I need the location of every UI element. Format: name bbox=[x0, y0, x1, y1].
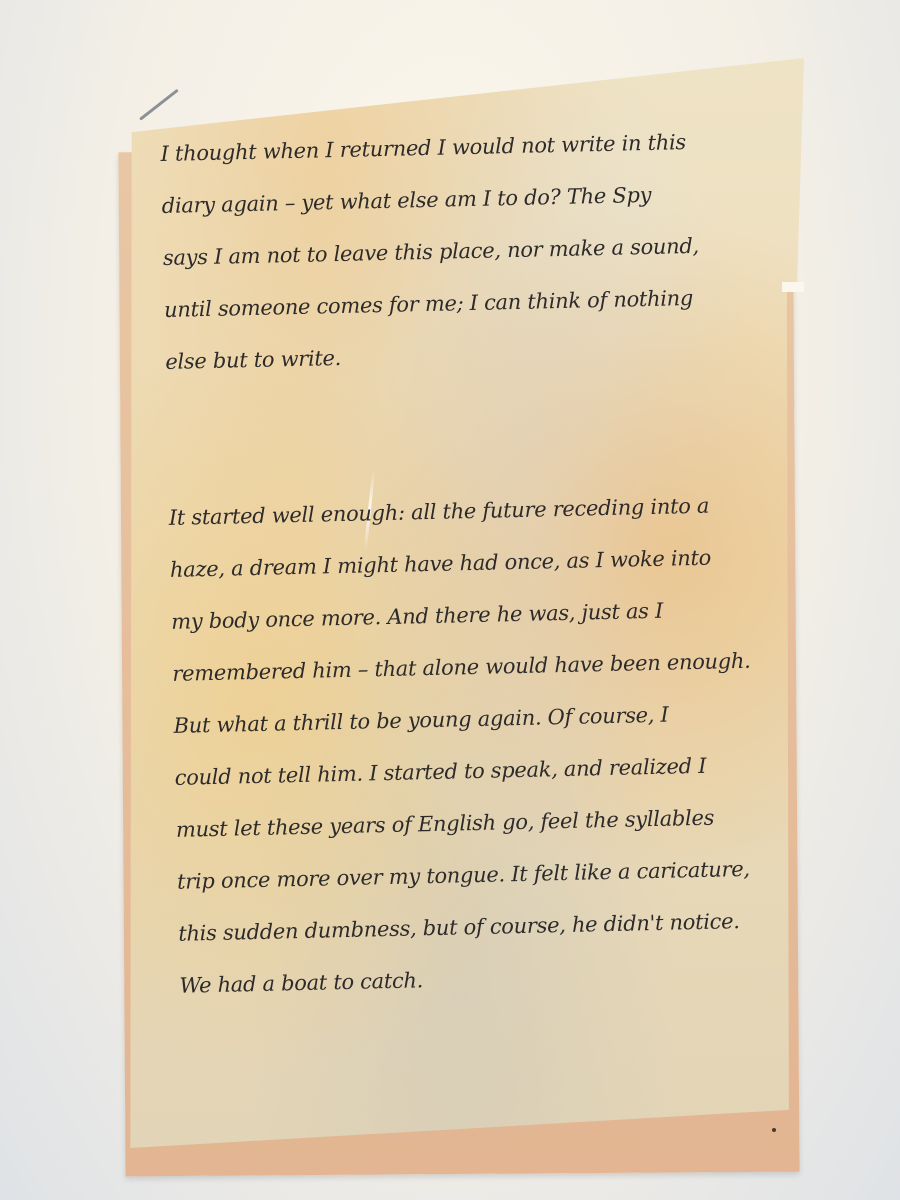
paragraph-1: I thought when I returned I would not wr… bbox=[160, 114, 786, 388]
paragraph-gap bbox=[166, 374, 788, 492]
paragraph-2: It started well enough: all the future r… bbox=[168, 478, 800, 1012]
margin-pencil-mark bbox=[139, 89, 179, 121]
handwritten-text: I thought when I returned I would not wr… bbox=[160, 114, 800, 1012]
paper-tear bbox=[782, 282, 804, 292]
ink-spot bbox=[772, 1128, 776, 1132]
